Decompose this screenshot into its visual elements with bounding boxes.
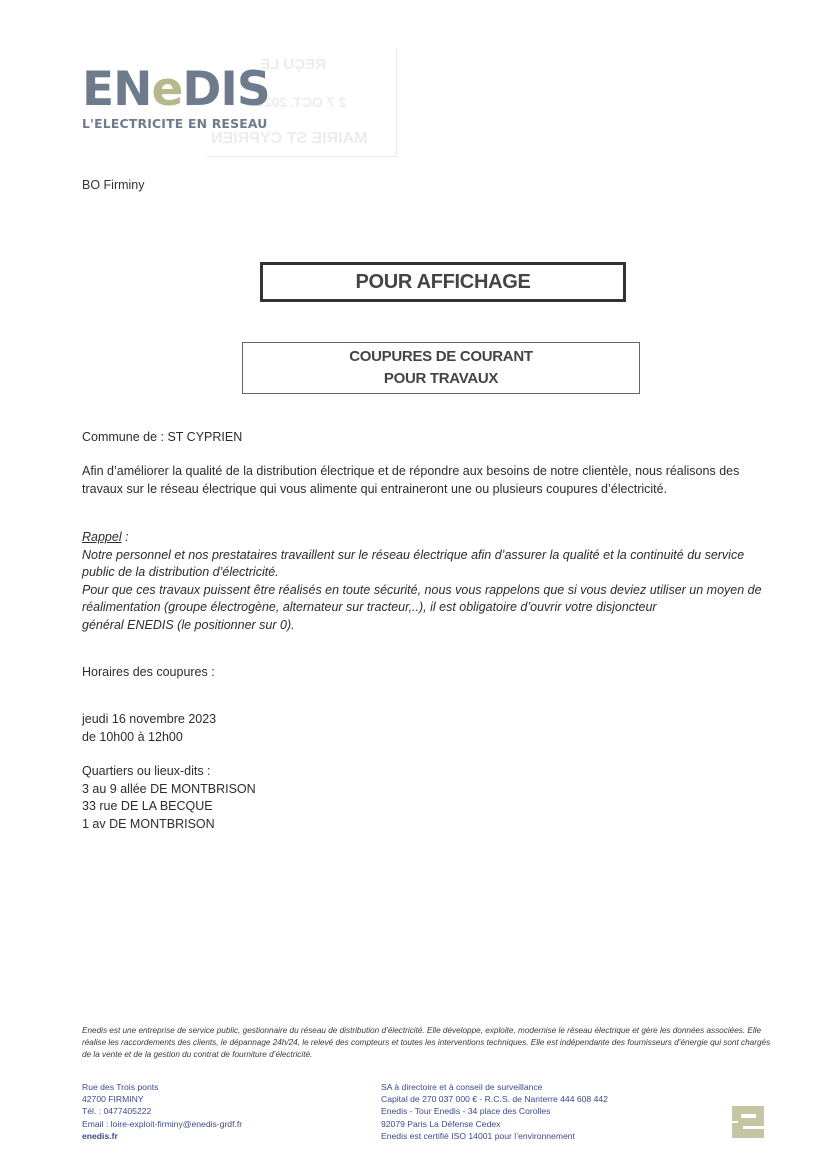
address-phone: Tél. : 0477405222 [82,1105,242,1117]
schedule-date: jeudi 16 novembre 2023 [82,711,782,729]
rappel-heading: Rappel : [82,529,782,547]
stamp-line: MAIRIE ST CYPRIEN [211,130,367,148]
address-block: Rue des Trois ponts 42700 FIRMINY Tél. :… [82,1081,242,1142]
logo-part: e [151,62,182,117]
website-link: enedis.fr [82,1130,242,1142]
company-info: SA à directoire et à conseil de surveill… [381,1081,608,1142]
quartiers-label: Quartiers ou lieux-dits : [82,763,782,781]
schedule-time: de 10h00 à 12h00 [82,729,782,747]
company-line: Capital de 270 037 000 € - R.C.S. de Nan… [381,1093,608,1105]
rappel-label: Rappel [82,530,122,544]
logo-part: DIS [182,62,269,117]
address-city: 42700 FIRMINY [82,1093,242,1105]
stamp-line: REÇU LE [260,56,326,73]
logo-wordmark: ENeDIS [82,66,270,114]
enedis-e-icon [729,1102,767,1142]
title: POUR AFFICHAGE [355,271,530,294]
address-email: Email : loire-exploit-firminy@enedis-grd… [82,1118,242,1130]
legal-notice: Enedis est une entreprise de service pub… [82,1025,772,1062]
subtitle-line: COUPURES DE COURANT [349,346,532,368]
intro-paragraph: Afin d’améliorer la qualité de la distri… [82,463,782,498]
company-line: SA à directoire et à conseil de surveill… [381,1081,608,1093]
quartiers-section: Quartiers ou lieux-dits : 3 au 9 allée D… [82,763,782,833]
enedis-logo: ENeDIS L'ELECTRICITE EN RESEAU [82,66,270,131]
company-line: Enedis - Tour Enedis - 34 place des Coro… [381,1105,608,1117]
company-line: Enedis est certifié ISO 14001 pour l’env… [381,1130,608,1142]
quartier-item: 3 au 9 allée DE MONTBRISON [82,781,782,799]
rappel-line: Notre personnel et nos prestataires trav… [82,547,782,565]
logo-part: EN [82,62,151,117]
schedule: jeudi 16 novembre 2023 de 10h00 à 12h00 [82,711,782,746]
commune: Commune de : ST CYPRIEN [82,429,782,447]
rappel-section: Rappel : Notre personnel et nos prestata… [82,529,782,634]
title-box: POUR AFFICHAGE [260,262,626,302]
rappel-line: général ENEDIS (le positionner sur 0). [82,617,782,635]
quartier-item: 1 av DE MONTBRISON [82,816,782,834]
rappel-line: public de la distribution d’électricité. [82,564,782,582]
horaires-label: Horaires des coupures : [82,664,782,682]
rappel-line: Pour que ces travaux puissent être réali… [82,582,782,600]
sender: BO Firminy [82,178,145,192]
subtitle-line: POUR TRAVAUX [384,368,498,390]
rappel-colon: : [122,530,129,544]
company-line: 92079 Paris La Défense Cedex [381,1118,608,1130]
rappel-line: réalimentation (groupe électrogène, alte… [82,599,782,617]
quartier-item: 33 rue DE LA BECQUE [82,798,782,816]
address-street: Rue des Trois ponts [82,1081,242,1093]
subtitle-box: COUPURES DE COURANT POUR TRAVAUX [242,342,640,394]
logo-tagline: L'ELECTRICITE EN RESEAU [82,116,270,131]
